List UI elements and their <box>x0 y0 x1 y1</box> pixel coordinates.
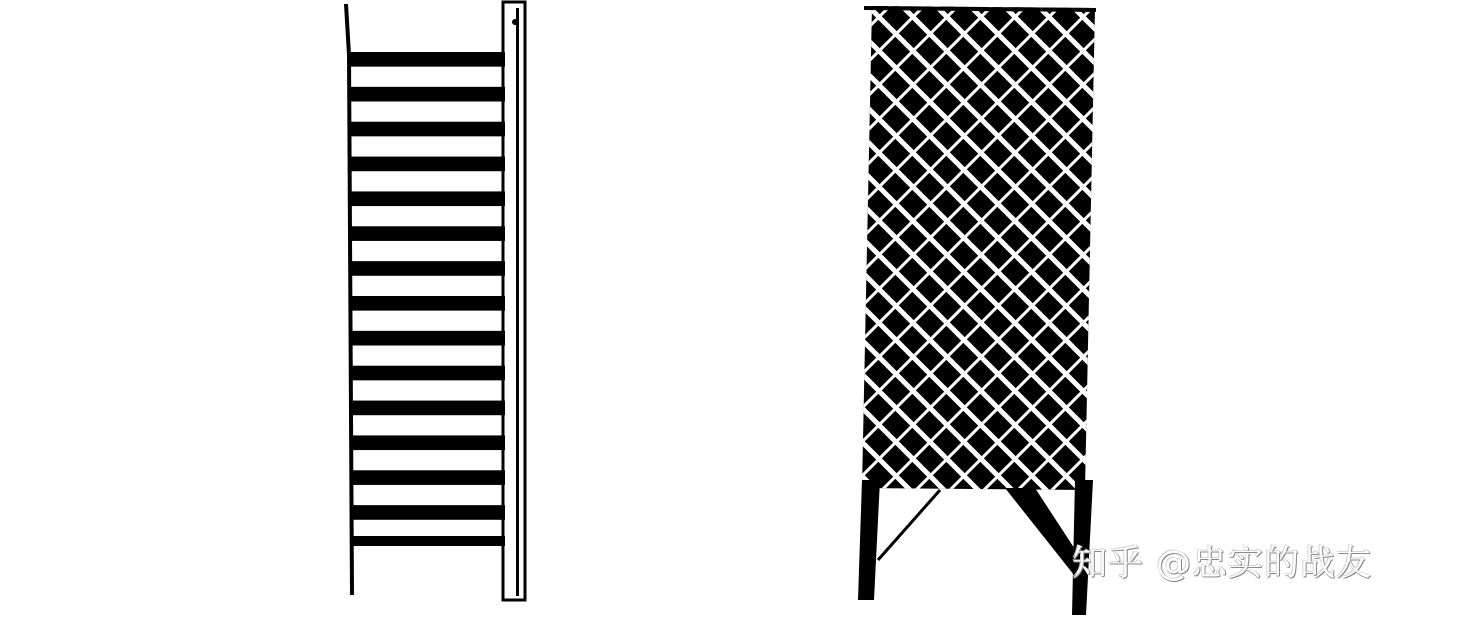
slatted-ladder-illustration <box>338 0 533 605</box>
lattice-left-leg <box>858 480 880 600</box>
lattice-frame-illustration <box>850 0 1110 620</box>
ladder-slats <box>350 52 505 546</box>
ladder-right-rail <box>503 2 525 600</box>
lattice-right-brace <box>1005 488 1082 580</box>
watermark-text: 知乎 @忠实的战友 <box>1072 536 1372 586</box>
lattice-left-brace <box>878 490 940 560</box>
